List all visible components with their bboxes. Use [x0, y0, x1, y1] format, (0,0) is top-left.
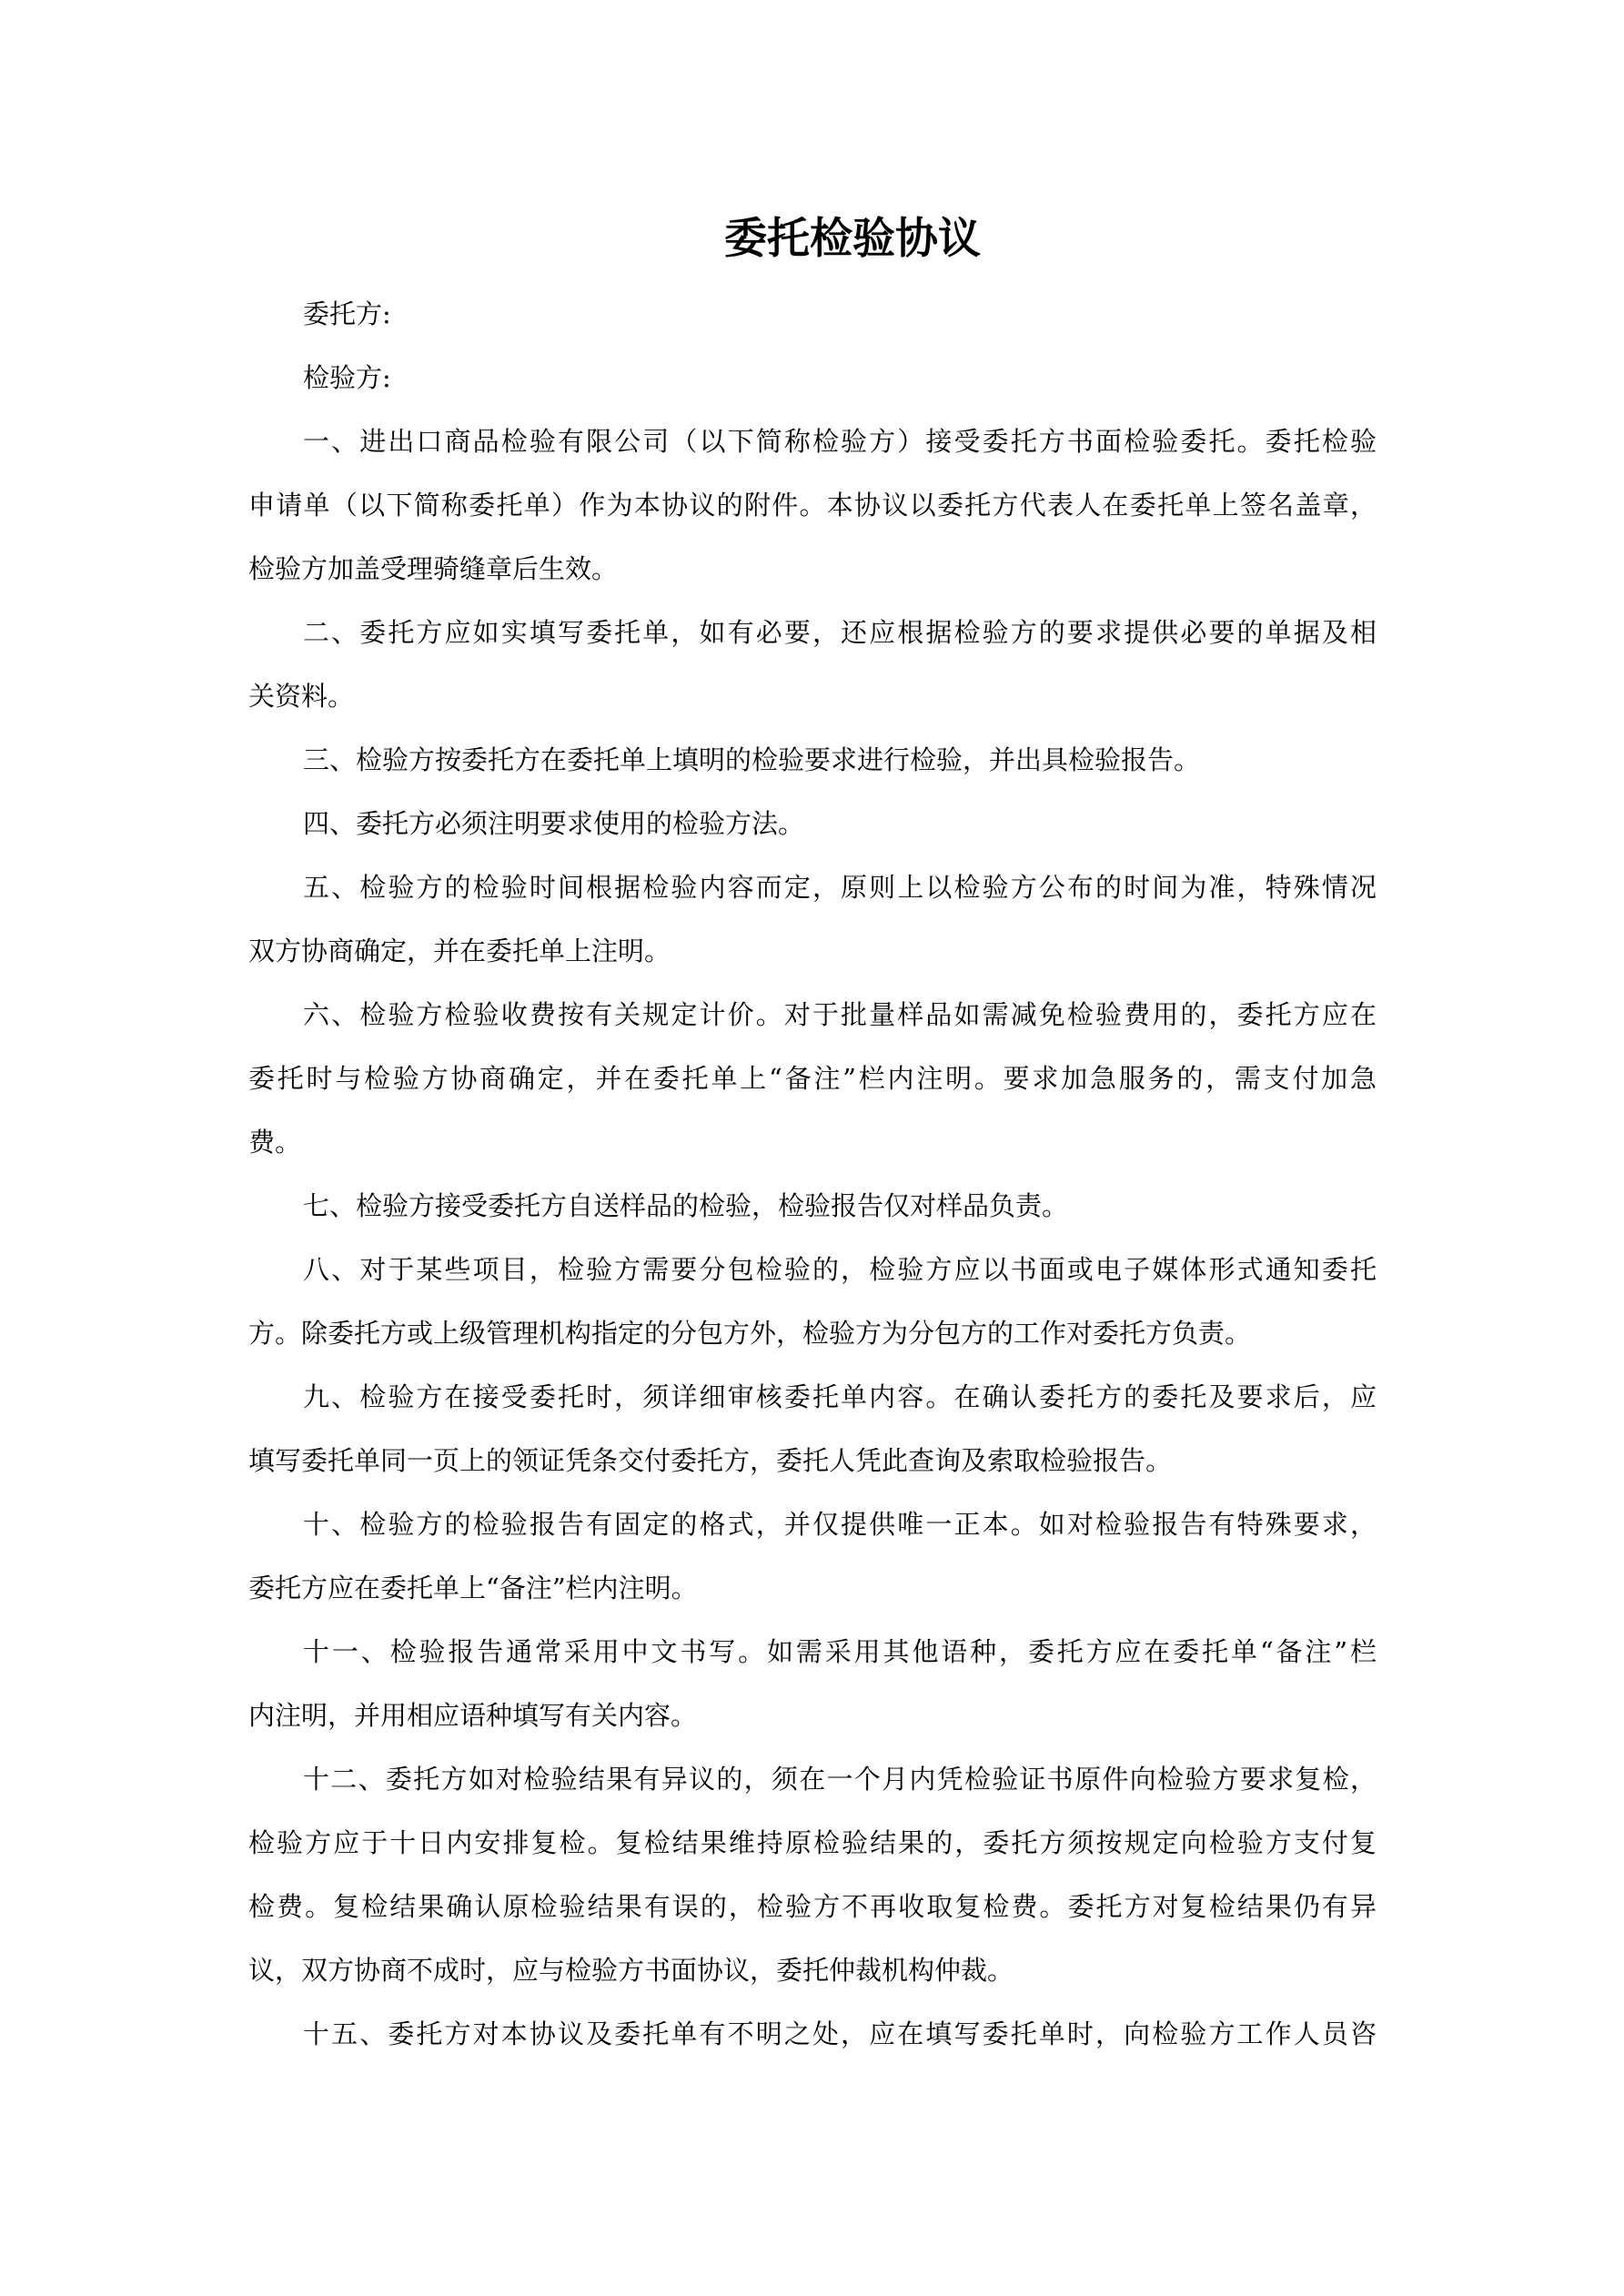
clause-line: 四、委托方必须注明要求使用的检验方法。: [248, 792, 1377, 855]
clause-line: 检验方应于十日内安排复检。复检结果维持原检验结果的，委托方须按规定向检验方支付复: [248, 1811, 1377, 1875]
clause-line: 议，双方协商不成时，应与检验方书面协议，委托仲裁机构仲裁。: [248, 1938, 1377, 2002]
clause-12: 十二、委托方如对检验结果有异议的，须在一个月内凭检验证书原件向检验方要求复检， …: [248, 1747, 1377, 2002]
clause-5: 五、检验方的检验时间根据检验内容而定，原则上以检验方公布的时间为准，特殊情况 双…: [248, 855, 1377, 983]
clause-line: 八、对于某些项目，检验方需要分包检验的，检验方应以书面或电子媒体形式通知委托: [248, 1238, 1377, 1301]
clause-line: 双方协商确定，并在委托单上注明。: [248, 919, 1377, 983]
clause-9: 九、检验方在接受委托时，须详细审核委托单内容。在确认委托方的委托及要求后，应 填…: [248, 1365, 1377, 1492]
clause-line: 三、检验方按委托方在委托单上填明的检验要求进行检验，并出具检验报告。: [248, 728, 1377, 792]
clause-8: 八、对于某些项目，检验方需要分包检验的，检验方应以书面或电子媒体形式通知委托 方…: [248, 1238, 1377, 1365]
clause-line: 检验方加盖受理骑缝章后生效。: [248, 537, 1377, 601]
clause-line: 委托时与检验方协商确定，并在委托单上“备注”栏内注明。要求加急服务的，需支付加急: [248, 1047, 1377, 1110]
clause-line: 十五、委托方对本协议及委托单有不明之处，应在填写委托单时，向检验方工作人员咨: [248, 2002, 1377, 2066]
clause-line: 十一、检验报告通常采用中文书写。如需采用其他语种，委托方应在委托单“备注”栏: [248, 1620, 1377, 1684]
clause-line: 填写委托单同一页上的领证凭条交付委托方，委托人凭此查询及索取检验报告。: [248, 1429, 1377, 1492]
clause-line: 方。除委托方或上级管理机构指定的分包方外，检验方为分包方的工作对委托方负责。: [248, 1301, 1377, 1365]
clause-line: 五、检验方的检验时间根据检验内容而定，原则上以检验方公布的时间为准，特殊情况: [248, 855, 1377, 919]
document-title: 委托检验协议: [724, 212, 988, 267]
clause-line: 二、委托方应如实填写委托单，如有必要，还应根据检验方的要求提供必要的单据及相: [248, 601, 1377, 664]
clause-line: 费。: [248, 1110, 1377, 1174]
clause-line: 关资料。: [248, 664, 1377, 728]
clause-11: 十一、检验报告通常采用中文书写。如需采用其他语种，委托方应在委托单“备注”栏 内…: [248, 1620, 1377, 1747]
clause-10: 十、检验方的检验报告有固定的格式，并仅提供唯一正本。如对检验报告有特殊要求， 委…: [248, 1492, 1377, 1620]
clause-line: 十、检验方的检验报告有固定的格式，并仅提供唯一正本。如对检验报告有特殊要求，: [248, 1492, 1377, 1556]
clause-3: 三、检验方按委托方在委托单上填明的检验要求进行检验，并出具检验报告。: [248, 728, 1377, 792]
clause-line: 一、进出口商品检验有限公司（以下简称检验方）接受委托方书面检验委托。委托检验: [248, 410, 1377, 473]
clause-4: 四、委托方必须注明要求使用的检验方法。: [248, 792, 1377, 855]
clause-1: 一、进出口商品检验有限公司（以下简称检验方）接受委托方书面检验委托。委托检验 申…: [248, 410, 1377, 601]
clause-line: 九、检验方在接受委托时，须详细审核委托单内容。在确认委托方的委托及要求后，应: [248, 1365, 1377, 1429]
clause-line: 六、检验方检验收费按有关规定计价。对于批量样品如需减免检验费用的，委托方应在: [248, 983, 1377, 1047]
clause-line: 十二、委托方如对检验结果有异议的，须在一个月内凭检验证书原件向检验方要求复检，: [248, 1747, 1377, 1811]
clause-line: 检费。复检结果确认原检验结果有误的，检验方不再收取复检费。委托方对复检结果仍有异: [248, 1875, 1377, 1938]
clause-2: 二、委托方应如实填写委托单，如有必要，还应根据检验方的要求提供必要的单据及相 关…: [248, 601, 1377, 728]
party-label-client: 委托方:: [248, 282, 1377, 346]
clause-15: 十五、委托方对本协议及委托单有不明之处，应在填写委托单时，向检验方工作人员咨: [248, 2002, 1377, 2066]
party-label-inspector: 检验方:: [248, 346, 1377, 410]
clause-line: 七、检验方接受委托方自送样品的检验，检验报告仅对样品负责。: [248, 1174, 1377, 1238]
clause-line: 委托方应在委托单上“备注”栏内注明。: [248, 1556, 1377, 1620]
clause-line: 申请单（以下简称委托单）作为本协议的附件。本协议以委托方代表人在委托单上签名盖章…: [248, 473, 1377, 537]
document-body: 委托方: 检验方: 一、进出口商品检验有限公司（以下简称检验方）接受委托方书面检…: [248, 282, 1377, 2066]
document-page: 委托检验协议 委托方: 检验方: 一、进出口商品检验有限公司（以下简称检验方）接…: [0, 0, 1624, 2296]
clause-line: 内注明，并用相应语种填写有关内容。: [248, 1684, 1377, 1747]
clause-7: 七、检验方接受委托方自送样品的检验，检验报告仅对样品负责。: [248, 1174, 1377, 1238]
clause-6: 六、检验方检验收费按有关规定计价。对于批量样品如需减免检验费用的，委托方应在 委…: [248, 983, 1377, 1174]
